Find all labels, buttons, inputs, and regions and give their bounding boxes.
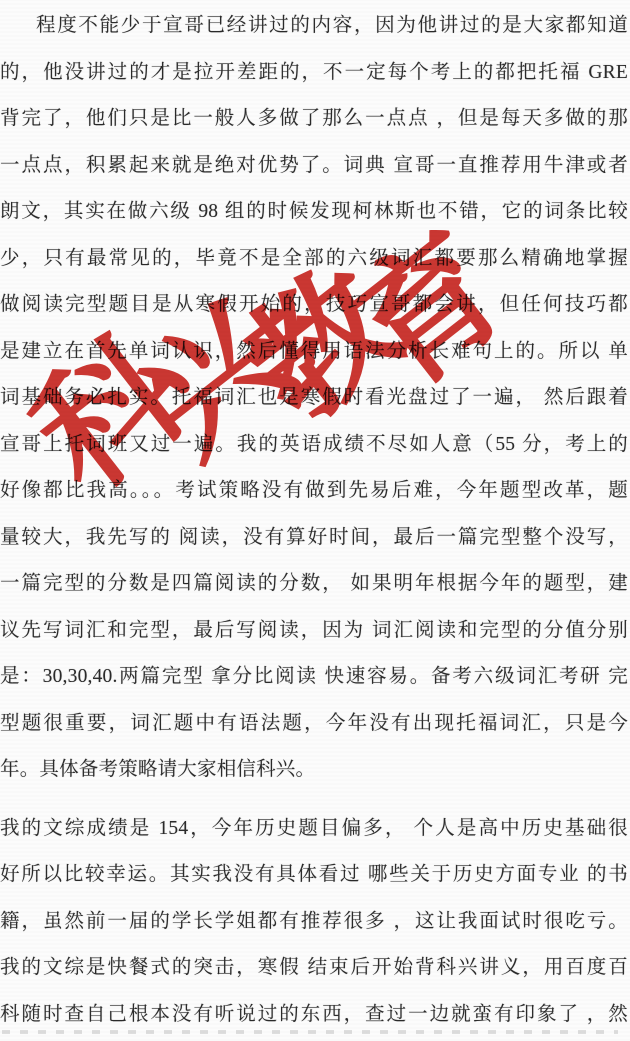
text-line: 我的文综是快餐式的突击，寒假 结束后开始背科兴讲义，用百度百 (0, 945, 628, 992)
text-line: 量较大，我先写的 阅读，没有算好时间，最后一篇完型整个没写， (0, 515, 628, 562)
text-line: 好像都比我高。。。考试策略没有做到先易后难，今年题型改革，题 (0, 468, 628, 515)
text-line: 少，只有最常见的，毕竟不是全部的六级词汇都要那么精确地掌握 (0, 236, 628, 283)
text-line: 好所以比较幸运。其实我没有具体看过 哪些关于历史方面专业 的书 (0, 852, 628, 899)
text-line: 程度不能少于宣哥已经讲过的内容，因为他讲过的是大家都知道 (0, 3, 628, 50)
document-body: 程度不能少于宣哥已经讲过的内容，因为他讲过的是大家都知道的，他没讲过的才是拉开差… (0, 3, 630, 1038)
text-line: 一篇完型的分数是四篇阅读的分数， 如果明年根据今年的题型，建 (0, 561, 628, 608)
text-line: 年。具体备考策略请大家相信科兴。 (0, 747, 628, 794)
text-line: 一点点，积累起来就是绝对优势了。词典 宣哥一直推荐用牛津或者 (0, 143, 628, 190)
text-line: 是：30,30,40.两篇完型 拿分比阅读 快速容易。备考六级词汇考研 完 (0, 654, 628, 701)
paragraph: 程度不能少于宣哥已经讲过的内容，因为他讲过的是大家都知道的，他没讲过的才是拉开差… (0, 3, 628, 794)
text-line: 我的文综成绩是 154，今年历史题目偏多， 个人是高中历史基础很 (0, 806, 628, 853)
paragraph: 我的文综成绩是 154，今年历史题目偏多， 个人是高中历史基础很好所以比较幸运。… (0, 806, 628, 1039)
text-line: 型题很重要，词汇题中有语法题，今年没有出现托福词汇，只是今 (0, 701, 628, 748)
document-page: 程度不能少于宣哥已经讲过的内容，因为他讲过的是大家都知道的，他没讲过的才是拉开差… (0, 0, 630, 1041)
text-line: 做阅读完型题目是从寒假开始的，技巧宣哥都会讲，但任何技巧都 (0, 282, 628, 329)
text-line: 籍，虽然前一届的学长学姐都有推荐很多 ，这让我面试时很吃亏。 (0, 899, 628, 946)
text-line: 议先写词汇和完型，最后写阅读，因为 词汇阅读和完型的分值分别 (0, 608, 628, 655)
text-line: 是建立在首先单词认识，然后懂得用语法分析长难句上的。所以 单 (0, 329, 628, 376)
text-line: 朗文，其实在做六级 98 组的时候发现柯林斯也不错，它的词条比较 (0, 189, 628, 236)
text-line: 词基础务必扎实。托福词汇也是寒假时看光盘过了一遍， 然后跟着 (0, 375, 628, 422)
text-line: 背完了，他们只是比一般人多做了那么一点点 ，但是每天多做的那 (0, 96, 628, 143)
text-line: 宣哥上托词班又过一遍。我的英语成绩不尽如人意（55 分，考上的 (0, 422, 628, 469)
text-line: 的，他没讲过的才是拉开差距的，不一定每个考上的都把托福 GRE (0, 50, 628, 97)
cut-off-text-artifact (2, 1030, 618, 1034)
